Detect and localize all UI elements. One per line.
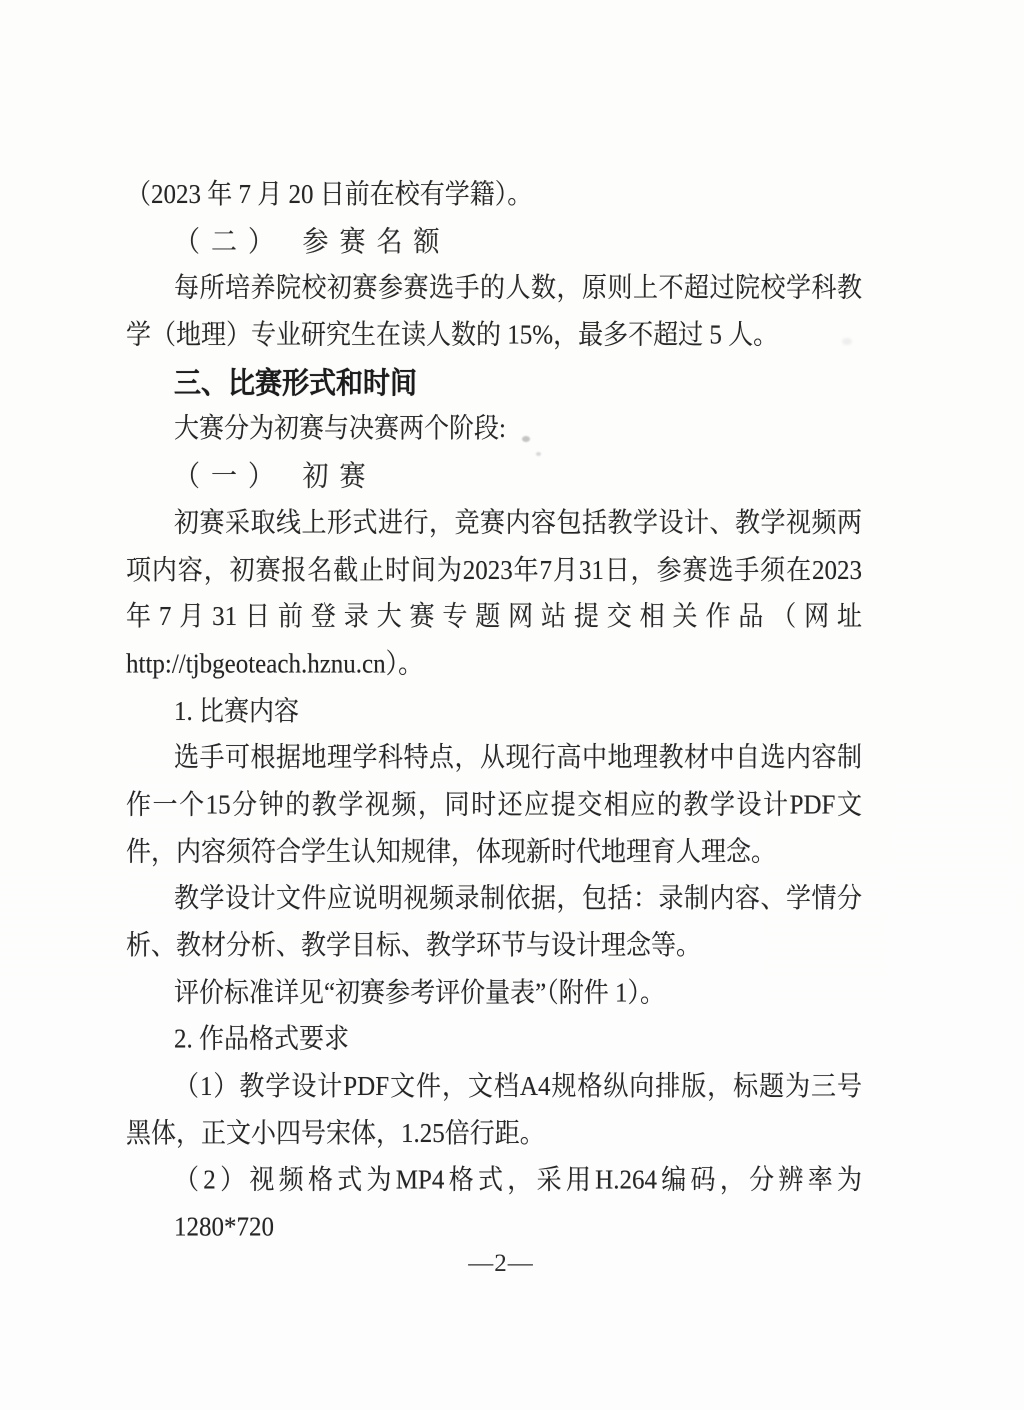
text-line-content-2: 作一个15分钟的教学视频，同时还应提交相应的教学设计PDF文 — [126, 782, 862, 829]
subsection-heading-quota: （二） 参赛名额 — [126, 219, 862, 266]
text-line-video-format: （2）视频格式为MP4格式，采用H.264编码，分辨率为1280*720 — [126, 1158, 862, 1205]
text-line-two-stages: 大赛分为初赛与决赛两个阶段: — [126, 407, 862, 454]
subsection-heading-preliminary: （一） 初赛 — [126, 454, 862, 501]
text-line-content-3: 件，内容须符合学生认知规律，体现新时代地理育人理念。 — [126, 829, 862, 876]
page-number: —2— — [381, 1250, 621, 1278]
text-line-design-doc-2: 析、教材分析、教学目标、教学环节与设计理念等。 — [126, 923, 862, 970]
url-text: http://tjbgeoteach.hznu.cn）。 — [126, 642, 862, 689]
document-body: （2023 年 7 月 20 日前在校有学籍）。 （二） 参赛名额 每所培养院校… — [126, 172, 862, 1205]
numbered-item-competition-content: 1. 比赛内容 — [126, 689, 862, 736]
text-line-content-1: 选手可根据地理学科特点，从现行高中地理教材中自选内容制 — [126, 735, 862, 782]
text-line-quota-1: 每所培养院校初赛参赛选手的人数，原则上不超过院校学科教 — [126, 266, 862, 313]
text-line-preliminary-3: 年7月31日前登录大赛专题网站提交相关作品（网址 — [126, 595, 862, 642]
text-line-enrollment-note: （2023 年 7 月 20 日前在校有学籍）。 — [126, 172, 862, 219]
text-line-pdf-format-2: 黑体，正文小四号宋体，1.25倍行距。 — [126, 1111, 862, 1158]
numbered-item-format-requirements: 2. 作品格式要求 — [126, 1017, 862, 1064]
section-heading-format-and-time: 三、比赛形式和时间 — [126, 360, 862, 407]
text-line-pdf-format-1: （1）教学设计PDF文件，文档A4规格纵向排版，标题为三号 — [126, 1064, 862, 1111]
text-line-evaluation-standard: 评价标准详见“初赛参考评价量表”（附件 1）。 — [126, 970, 862, 1017]
text-line-design-doc-1: 教学设计文件应说明视频录制依据，包括：录制内容、学情分 — [126, 876, 862, 923]
text-line-preliminary-2: 项内容，初赛报名截止时间为2023年7月31日，参赛选手须在2023 — [126, 548, 862, 595]
text-line-quota-2: 学（地理）专业研究生在读人数的 15%，最多不超过 5 人。 — [126, 313, 862, 360]
document-page: （2023 年 7 月 20 日前在校有学籍）。 （二） 参赛名额 每所培养院校… — [0, 0, 1024, 1410]
text-line-preliminary-1: 初赛采取线上形式进行，竞赛内容包括教学设计、教学视频两 — [126, 501, 862, 548]
